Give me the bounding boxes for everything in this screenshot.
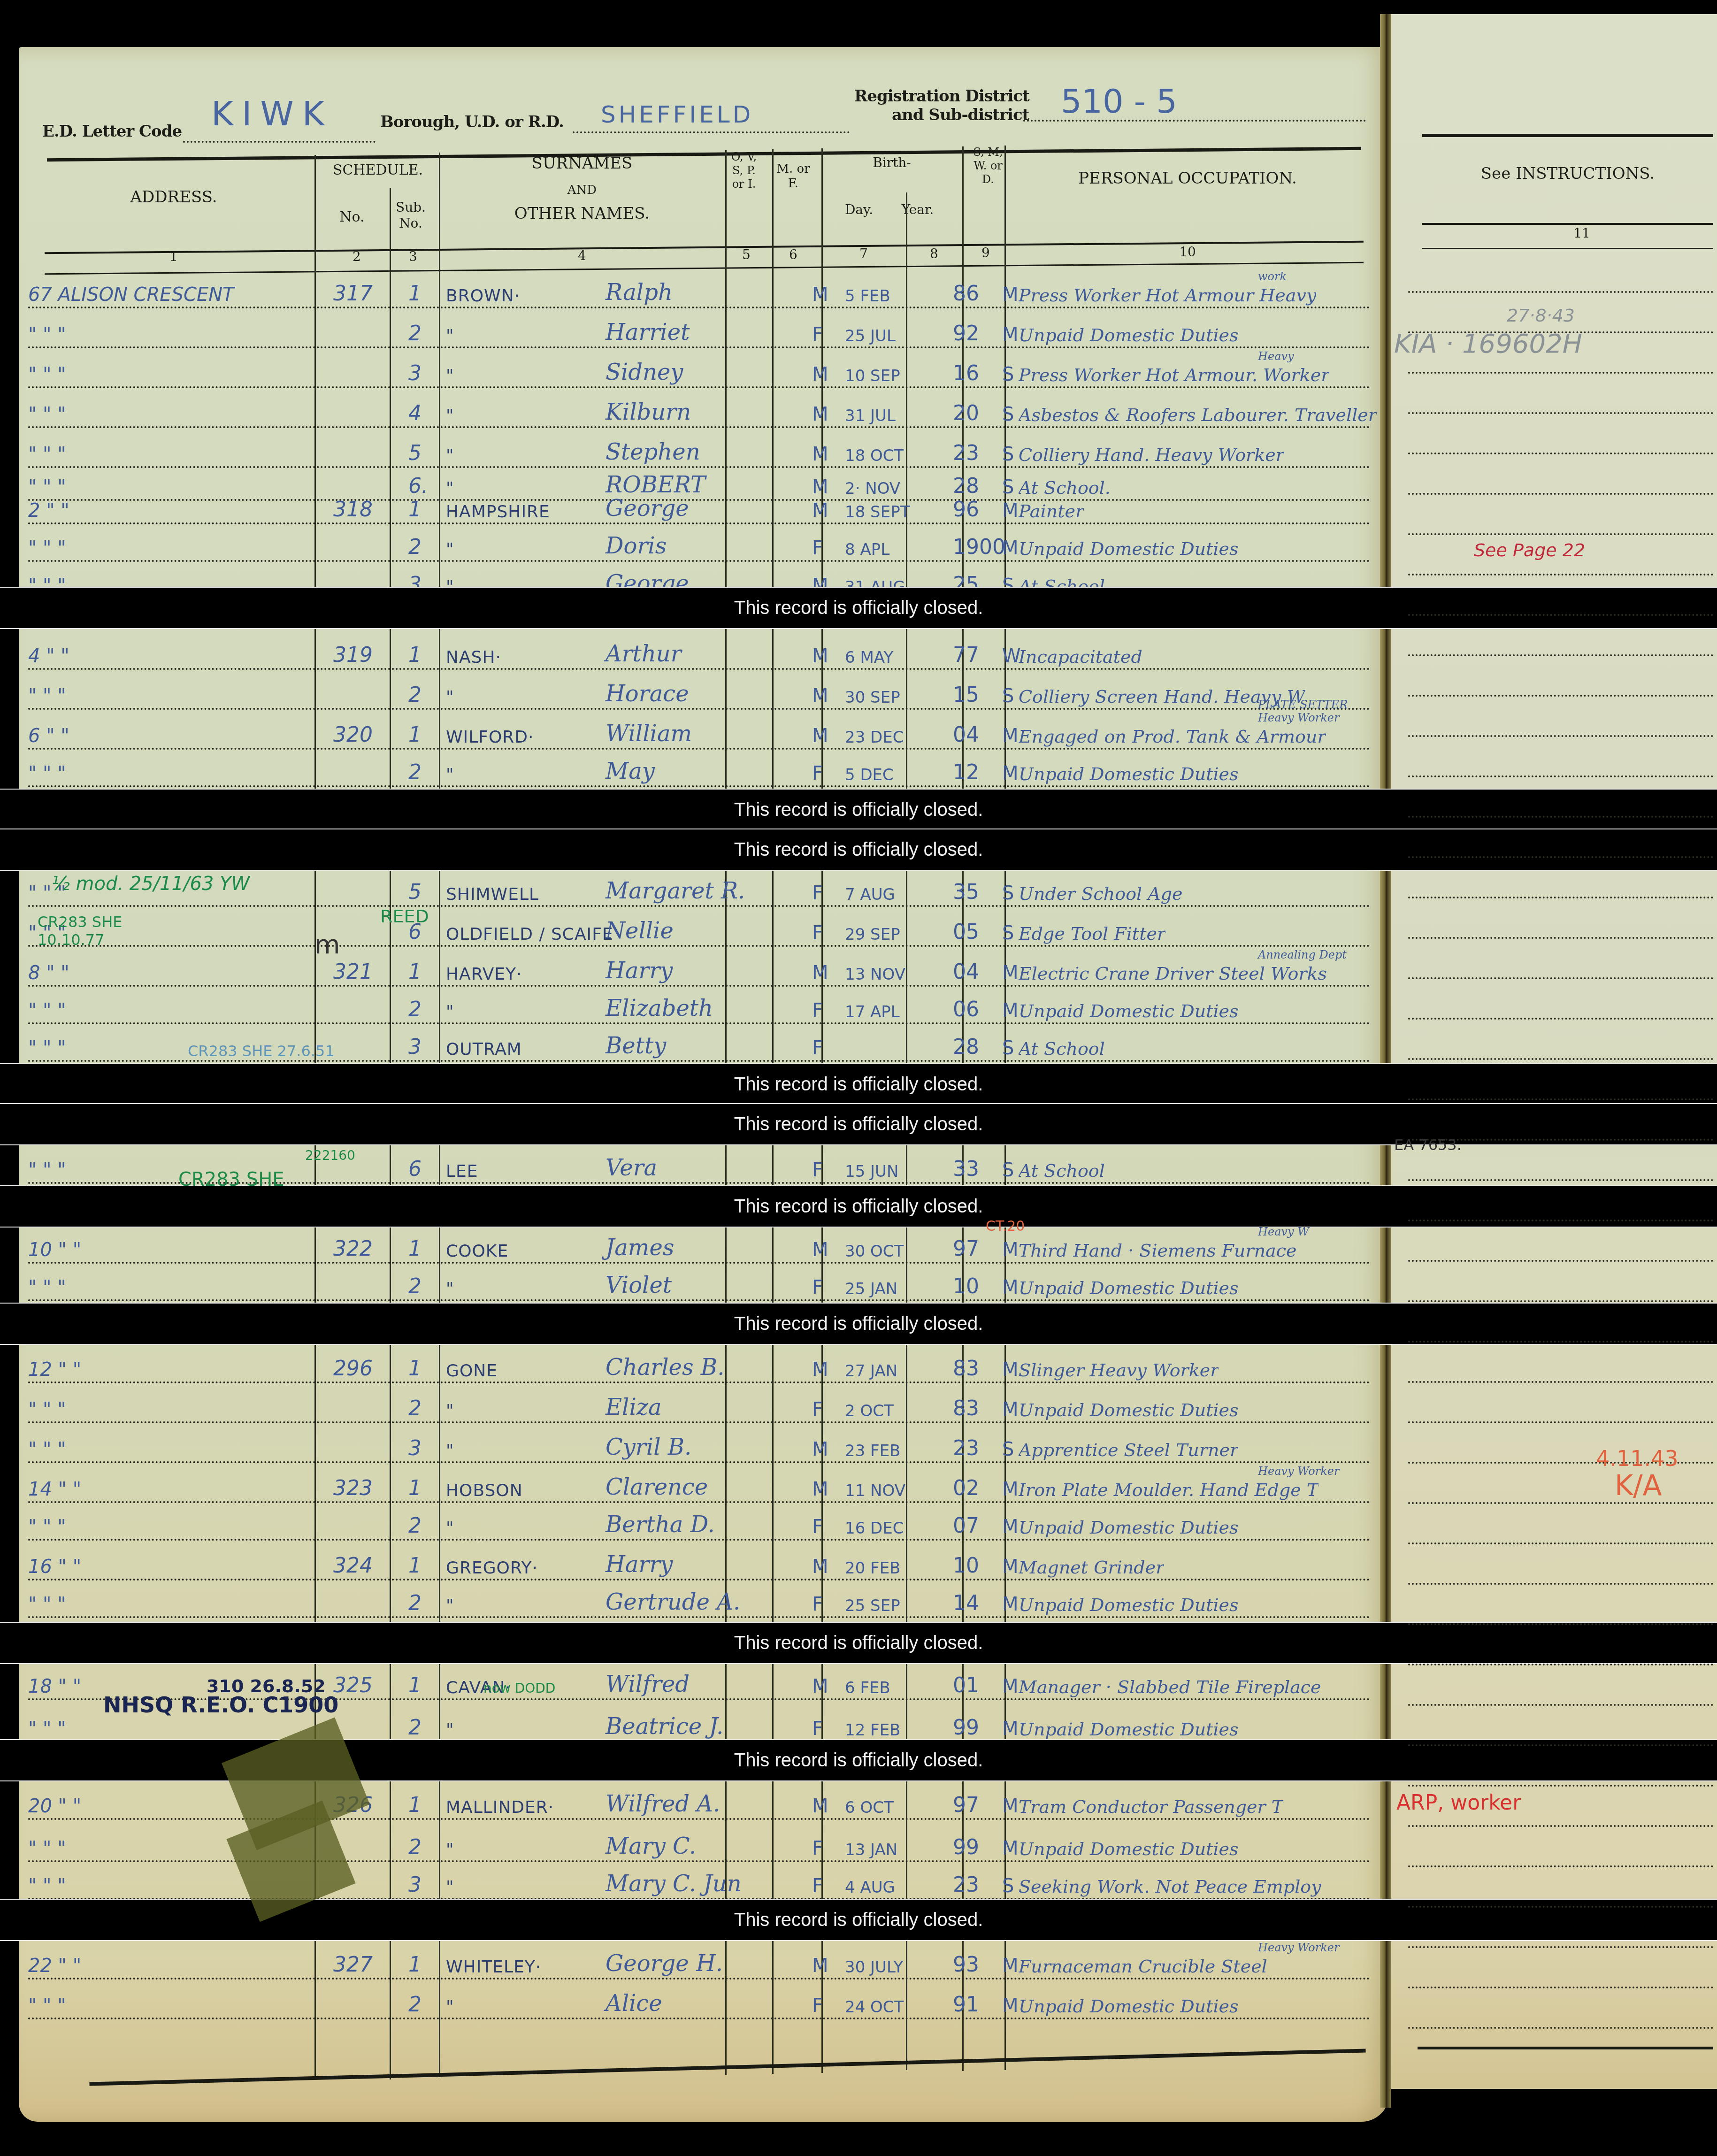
schedule-sub-number: 5 <box>408 880 422 904</box>
surname: " <box>446 1441 454 1460</box>
surname: " <box>446 1720 454 1740</box>
surname: " <box>446 1002 454 1021</box>
col-number-2: 2 <box>343 249 371 264</box>
occupation: Under School Age <box>1019 883 1183 904</box>
marital-status: M <box>1002 962 1019 984</box>
occupation: Third Hand · Siemens Furnace <box>1019 1240 1297 1261</box>
birth-day: 2 OCT <box>845 1402 894 1420</box>
right-page-dotted-rule <box>1408 1260 1713 1262</box>
right-page-dotted-rule <box>1408 1018 1713 1020</box>
sex: F <box>812 922 823 944</box>
surname: " <box>446 688 454 707</box>
sex: M <box>812 404 828 425</box>
schedule-sub-number: 2 <box>408 997 422 1021</box>
right-page-dotted-rule <box>1408 1785 1713 1787</box>
schedule-sub-number: 2 <box>408 1835 422 1859</box>
birth-year: 01 <box>953 1673 979 1697</box>
annotation-see-page: See Page 22 <box>1474 540 1585 560</box>
surname: OUTRAM <box>446 1040 522 1059</box>
marital-status: M <box>1002 1955 1019 1977</box>
closed-record-notice: This record is officially closed. <box>734 839 983 860</box>
register-row: " " "2"MayF5 DEC12MUnpaid Domestic Dutie… <box>28 749 1380 790</box>
address: 8 " " <box>28 962 69 984</box>
occupation: Furnaceman Crucible Steel <box>1019 1956 1267 1977</box>
address: 22 " " <box>28 1955 81 1977</box>
annotation-m: m <box>314 929 340 960</box>
birth-day: 30 JULY <box>845 1958 903 1977</box>
schedule-sub-number: 2 <box>408 1993 422 2017</box>
col-ovspi-heading: O, V, S, P. or I. <box>725 150 763 191</box>
register-row: " " "2"DorisF8 APL1900MUnpaid Domestic D… <box>28 523 1380 565</box>
register-row: " " "2"Bertha D.F16 DEC07MUnpaid Domesti… <box>28 1502 1380 1543</box>
schedule-sub-number: 1 <box>408 1357 422 1381</box>
col-schedule-heading: SCHEDULE. <box>324 162 432 179</box>
register-row: " " "2"HoraceM30 SEP15SColliery Screen H… <box>28 671 1380 713</box>
ed-code-dotline <box>183 141 376 143</box>
marital-status: M <box>1002 1399 1019 1420</box>
given-name: Gertrude A. <box>606 1589 740 1615</box>
given-name: Ralph <box>606 279 673 306</box>
surname: " <box>446 1878 454 1897</box>
birth-year: 12 <box>953 760 979 784</box>
annotation-now-dodd: now DODD <box>483 1680 555 1696</box>
schedule-sub-number: 3 <box>408 361 422 385</box>
marital-status: M <box>1002 1995 1019 2017</box>
row-dotted-rule <box>28 1539 1371 1541</box>
address: " " " <box>28 1838 66 1859</box>
right-page-dotted-rule <box>1408 977 1713 979</box>
occupation: Unpaid Domestic Duties <box>1019 325 1239 345</box>
row-dotted-rule <box>28 1978 1371 1980</box>
given-name: Cyril B. <box>606 1434 691 1460</box>
occupation: Unpaid Domestic Duties <box>1019 1839 1239 1859</box>
sex: F <box>812 1399 823 1420</box>
marital-status: M <box>1002 1556 1019 1578</box>
surname: WHITELEY· <box>446 1957 541 1977</box>
col-number-4: 4 <box>568 248 596 263</box>
birth-year: 83 <box>953 1357 979 1381</box>
address: " " " <box>28 1875 66 1897</box>
occupation-note: Heavy Worker <box>1258 1465 1339 1478</box>
sex: M <box>812 725 828 747</box>
birth-day: 4 AUG <box>845 1878 895 1897</box>
schedule-number: 318 <box>333 498 373 522</box>
address: " " " <box>28 1995 66 2017</box>
right-page-dotted-rule <box>1408 1583 1713 1585</box>
sex: M <box>812 500 828 522</box>
surname: " <box>446 406 454 425</box>
schedule-sub-number: 3 <box>408 1873 422 1897</box>
row-dotted-rule <box>28 2018 1371 2019</box>
schedule-number: 323 <box>333 1476 373 1500</box>
occupation: Incapacitated <box>1019 646 1142 667</box>
right-page-dotted-rule <box>1408 1421 1713 1423</box>
row-dotted-rule <box>28 1421 1371 1423</box>
birth-day: 6 FEB <box>845 1679 890 1697</box>
right-page-dotted-rule <box>1408 654 1713 656</box>
occupation: Engaged on Prod. Tank & Armour <box>1019 726 1326 747</box>
ed-letter-code-label: E.D. Letter Code <box>42 122 182 141</box>
sex: F <box>812 1838 823 1859</box>
col-birth-day-heading: Day. <box>826 202 892 218</box>
row-dotted-rule <box>28 1818 1371 1820</box>
birth-year: 99 <box>953 1716 979 1740</box>
book-gutter <box>1380 14 1391 2108</box>
col-number-11: 11 <box>1563 225 1601 241</box>
given-name: Sidney <box>606 359 683 385</box>
right-page-dotted-rule <box>1408 1341 1713 1343</box>
schedule-sub-number: 2 <box>408 1716 422 1740</box>
register-row: " " "2"ElizaF2 OCT83MUnpaid Domestic Dut… <box>28 1385 1380 1426</box>
schedule-sub-number: 1 <box>408 498 422 522</box>
register-row: " " "3"SidneyM10 SEP16SPress Worker Hot … <box>28 350 1380 391</box>
given-name: William <box>606 721 692 747</box>
marital-status: S <box>1002 1037 1014 1059</box>
marital-status: M <box>1002 500 1019 522</box>
address: 6 " " <box>28 725 69 747</box>
right-page-dotted-rule <box>1408 775 1713 777</box>
col-surnames-heading-3: OTHER NAMES. <box>446 204 718 223</box>
occupation-note: PLATE SETTER Heavy Worker <box>1258 698 1380 724</box>
annotation-mod: ½ mod. 25/11/63 YW <box>52 873 250 895</box>
birth-year: 23 <box>953 1873 979 1897</box>
given-name: Eliza <box>606 1394 662 1420</box>
birth-day: 24 OCT <box>845 1998 904 2017</box>
marital-status: M <box>1002 1239 1019 1261</box>
row-dotted-rule <box>28 785 1371 787</box>
sex: M <box>812 364 828 385</box>
right-page-dotted-rule <box>1408 1542 1713 1544</box>
occupation: Manager · Slabbed Tile Fireplace <box>1019 1677 1321 1697</box>
given-name: Nellie <box>606 918 674 944</box>
given-name: Clarence <box>606 1474 708 1500</box>
annotation-222160: 222160 <box>305 1148 355 1163</box>
birth-day: 18 SEPT <box>845 503 910 522</box>
marital-status: S <box>1002 404 1014 425</box>
sex: M <box>812 1439 828 1460</box>
closed-record-notice: This record is officially closed. <box>734 1114 983 1135</box>
birth-day: 13 NOV <box>845 965 905 984</box>
marital-status: M <box>1002 1838 1019 1859</box>
occupation: Iron Plate Moulder. Hand Edge T <box>1019 1480 1318 1500</box>
birth-year: 23 <box>953 1436 979 1460</box>
col-schedule-no-heading: No. <box>324 209 380 226</box>
given-name: Harry <box>606 1551 673 1578</box>
right-page-dotted-rule <box>1408 897 1713 898</box>
given-name: Betty <box>606 1033 666 1059</box>
col-schedule-sub-heading: Sub. No. <box>390 199 432 231</box>
birth-year: 91 <box>953 1993 979 2017</box>
schedule-number: 296 <box>333 1357 373 1381</box>
marital-status: M <box>1002 1594 1019 1615</box>
marital-status: M <box>1002 1000 1019 1021</box>
marital-status: S <box>1002 1159 1014 1181</box>
occupation: Unpaid Domestic Duties <box>1019 1996 1239 2017</box>
register-row: 10 " "3221COOKEJamesM30 OCT97MThird Hand… <box>28 1225 1380 1266</box>
birth-year: 16 <box>953 361 979 385</box>
birth-year: 35 <box>953 880 979 904</box>
given-name: Stephen <box>606 439 700 465</box>
sex: F <box>812 1995 823 2017</box>
birth-day: 8 APL <box>845 540 889 559</box>
register-row: " " "2"AliceF24 OCT91MUnpaid Domestic Du… <box>28 1981 1380 2022</box>
closed-record-band: This record is officially closed. <box>0 1622 1717 1664</box>
annotation-arp-worker: ARP, worker <box>1396 1791 1521 1815</box>
closed-record-notice: This record is officially closed. <box>734 799 983 821</box>
marital-status: M <box>1002 284 1019 306</box>
annotation-310-dates: 310 26.8.52 <box>207 1676 326 1696</box>
given-name: Doris <box>606 533 667 559</box>
birth-year: 07 <box>953 1514 979 1538</box>
annotation-kia-date: 4.11.43 <box>1596 1446 1679 1471</box>
birth-day: 27 JAN <box>845 1362 897 1381</box>
right-page-dotted-rule <box>1408 1906 1713 1908</box>
marital-status: S <box>1002 364 1014 385</box>
schedule-sub-number: 2 <box>408 535 422 559</box>
schedule-number: 322 <box>333 1237 373 1261</box>
schedule-sub-number: 1 <box>408 960 422 984</box>
occupation: Seeking Work. Not Peace Employ <box>1019 1876 1321 1897</box>
col-address-heading: ADDRESS. <box>113 188 235 207</box>
address: 14 " " <box>28 1479 81 1500</box>
occupation: Unpaid Domestic Duties <box>1019 1001 1239 1021</box>
surname: " <box>446 1401 454 1420</box>
birth-day: 25 JUL <box>845 327 896 345</box>
annotation-kia-service-number: KIA · 169602H <box>1394 329 1582 359</box>
address: 18 " " <box>28 1676 81 1697</box>
address: " " " <box>28 1718 66 1740</box>
birth-day: 17 APL <box>845 1003 900 1021</box>
birth-year: 02 <box>953 1476 979 1500</box>
row-dotted-rule <box>28 1060 1371 1062</box>
right-page-dotted-rule <box>1408 695 1713 697</box>
given-name: Wilfred A. <box>606 1791 720 1817</box>
surname: BROWN· <box>446 286 520 306</box>
col-birth-heading: Birth- <box>826 155 958 171</box>
occupation: Edge Tool Fitter <box>1019 923 1165 944</box>
occupation: At School <box>1019 1038 1105 1059</box>
address: " " " <box>28 364 66 385</box>
schedule-sub-number: 1 <box>408 1476 422 1500</box>
row-dotted-rule <box>28 905 1371 907</box>
col-number-5: 5 <box>732 247 760 262</box>
occupation: Unpaid Domestic Duties <box>1019 1400 1239 1420</box>
sex: M <box>812 1359 828 1381</box>
borough-value: SHEFFIELD <box>601 101 753 128</box>
birth-year: 33 <box>953 1157 979 1181</box>
surname: HOBSON <box>446 1481 523 1500</box>
register-row: " " "2"ElizabethF17 APL06MUnpaid Domesti… <box>28 986 1380 1027</box>
col-number-1: 1 <box>160 249 188 264</box>
closed-record-band: This record is officially closed. <box>0 789 1717 831</box>
surname: WILFORD· <box>446 728 534 747</box>
closed-record-notice: This record is officially closed. <box>734 1313 983 1335</box>
occupation: Asbestos & Roofers Labourer. Traveller <box>1019 405 1377 425</box>
surname: " <box>446 1840 454 1859</box>
occupation: Unpaid Domestic Duties <box>1019 538 1239 559</box>
schedule-sub-number: 2 <box>408 760 422 784</box>
birth-year: 23 <box>953 441 979 465</box>
occupation: Tram Conductor Passenger T <box>1019 1796 1283 1817</box>
register-row: 8 " "3211HARVEY·HarryM13 NOV04MElectric … <box>28 948 1380 990</box>
row-dotted-rule <box>28 307 1371 308</box>
right-page-dotted-rule <box>1408 1825 1713 1827</box>
schedule-sub-number: 2 <box>408 1591 422 1615</box>
address: " " " <box>28 1277 66 1298</box>
surname: MALLINDER· <box>446 1798 554 1817</box>
given-name: Mary C. <box>606 1833 696 1859</box>
given-name: Margaret R. <box>606 878 745 904</box>
sex: F <box>812 1594 823 1615</box>
schedule-sub-number: 1 <box>408 723 422 747</box>
occupation: Apprentice Steel Turner <box>1019 1440 1238 1460</box>
birth-year: 97 <box>953 1237 979 1261</box>
marital-status: M <box>1002 725 1019 747</box>
borough-label: Borough, U.D. or R.D. <box>380 113 564 131</box>
row-dotted-rule <box>28 386 1371 388</box>
birth-day: 16 DEC <box>845 1519 904 1538</box>
address: 16 " " <box>28 1556 81 1578</box>
given-name: Violet <box>606 1272 672 1298</box>
address: " " " <box>28 1594 66 1615</box>
marital-status: S <box>1002 922 1014 944</box>
schedule-sub-number: 2 <box>408 683 422 707</box>
birth-day: 29 SEP <box>845 925 900 944</box>
sex: M <box>812 1479 828 1500</box>
annotation-ea: EA 7653. <box>1394 1136 1462 1154</box>
sex: M <box>812 1955 828 1977</box>
right-page-dotted-rule <box>1408 372 1713 374</box>
birth-day: 6 MAY <box>845 648 893 667</box>
schedule-sub-number: 5 <box>408 441 422 465</box>
register-row: " " "2"Gertrude A.F25 SEP14MUnpaid Domes… <box>28 1580 1380 1621</box>
occupation: Press Worker Hot Armour. Worker <box>1019 365 1329 385</box>
right-page-dotted-rule <box>1408 1946 1713 1948</box>
schedule-sub-number: 6 <box>408 1157 422 1181</box>
annotation-cr283-she-3: CR283 SHE <box>178 1169 284 1190</box>
right-header-mid-rule <box>1422 223 1713 225</box>
annotation-cooke-correction: CT.20 <box>986 1218 1025 1235</box>
closed-record-notice: This record is officially closed. <box>734 1633 983 1654</box>
sex: F <box>812 324 823 345</box>
marital-status: S <box>1002 1439 1014 1460</box>
surname: " <box>446 540 454 559</box>
birth-day: 25 SEP <box>845 1596 900 1615</box>
annotation-cr283-she-2: CR283 SHE 27.6.51 <box>188 1042 335 1060</box>
register-row: " " "3"Cyril B.M23 FEB23SApprentice Stee… <box>28 1425 1380 1466</box>
right-header-top-rule <box>1422 134 1713 137</box>
right-page-dotted-rule <box>1408 1502 1713 1504</box>
surname: " <box>446 366 454 385</box>
register-row: " " "2"VioletF25 JAN10MUnpaid Domestic D… <box>28 1263 1380 1304</box>
birth-day: 20 FEB <box>845 1559 900 1578</box>
right-page-dotted-rule <box>1408 1987 1713 1988</box>
marital-status: M <box>1002 1795 1019 1817</box>
address: 12 " " <box>28 1359 81 1381</box>
given-name: Alice <box>606 1990 662 2017</box>
marital-status: S <box>1002 882 1014 904</box>
row-dotted-rule <box>28 1461 1371 1463</box>
sex: M <box>812 284 828 306</box>
given-name: Harry <box>606 958 673 984</box>
birth-day: 13 JAN <box>845 1841 897 1859</box>
marital-status: M <box>1002 324 1019 345</box>
register-row: 67 ALISON CRESCENT3171BROWN·RalphM5 FEB8… <box>28 270 1380 311</box>
given-name: George H. <box>606 1950 723 1977</box>
marital-status: M <box>1002 1718 1019 1740</box>
given-name: Beatrice J. <box>606 1713 723 1740</box>
col-instructions-heading: See INSTRUCTIONS. <box>1427 164 1709 184</box>
birth-year: 97 <box>953 1793 979 1817</box>
address: " " " <box>28 324 66 345</box>
sex: F <box>812 1037 823 1059</box>
right-page-dotted-rule <box>1408 1381 1713 1383</box>
sex: F <box>812 1159 823 1181</box>
birth-day: 25 JAN <box>845 1280 897 1298</box>
given-name: May <box>606 758 655 784</box>
ed-letter-code-value: KIWK <box>211 94 333 133</box>
occupation: Painter <box>1019 501 1084 522</box>
given-name: Vera <box>606 1155 657 1181</box>
surname: SHIMWELL <box>446 885 539 904</box>
birth-year: 99 <box>953 1835 979 1859</box>
marital-status: S <box>1002 685 1014 707</box>
schedule-number: 317 <box>333 282 373 306</box>
marital-status: M <box>1002 763 1019 784</box>
address: " " " <box>28 763 66 784</box>
occupation-note: Heavy <box>1258 350 1294 363</box>
col-birth-year-heading: Year. <box>892 202 943 218</box>
col-surnames-heading-1: SURNAMES <box>446 154 718 173</box>
birth-day: 11 NOV <box>845 1481 905 1500</box>
schedule-sub-number: 1 <box>408 1554 422 1578</box>
reg-district-dotline <box>1023 120 1366 122</box>
closed-record-band: This record is officially closed. <box>0 829 1717 871</box>
surname: " <box>446 326 454 345</box>
address: 20 " " <box>28 1795 81 1817</box>
right-page-dotted-rule <box>1408 533 1713 535</box>
annotation-kia-service-date: 27·8·43 <box>1507 305 1575 326</box>
register-row: " " "6OLDFIELD / SCAIFENellieF29 SEP05SE… <box>28 908 1380 950</box>
surname: GONE <box>446 1361 498 1381</box>
address: " " " <box>28 1516 66 1538</box>
occupation: Unpaid Domestic Duties <box>1019 1278 1239 1298</box>
birth-day: 5 DEC <box>845 766 894 784</box>
address: " " " <box>28 1000 66 1021</box>
address: " " " <box>28 1159 66 1181</box>
col-number-9: 9 <box>972 245 1000 261</box>
address: " " " <box>28 537 66 559</box>
register-row: 16 " "3241GREGORY·HarryM20 FEB10MMagnet … <box>28 1542 1380 1583</box>
birth-year: 86 <box>953 282 979 306</box>
borough-dotline <box>573 131 850 133</box>
right-page-dotted-rule <box>1408 1300 1713 1302</box>
closed-record-band: This record is officially closed. <box>0 1303 1717 1345</box>
given-name: Bertha D. <box>606 1512 715 1538</box>
given-name: George <box>606 495 689 522</box>
col-surnames-heading-2: AND <box>446 183 718 198</box>
sex: F <box>812 1516 823 1538</box>
col-occupation-heading: PERSONAL OCCUPATION. <box>1014 169 1361 188</box>
sex: M <box>812 1795 828 1817</box>
birth-year: 15 <box>953 683 979 707</box>
schedule-sub-number: 2 <box>408 1274 422 1298</box>
schedule-sub-number: 1 <box>408 1953 422 1977</box>
birth-year: 92 <box>953 322 979 345</box>
address: 10 " " <box>28 1239 81 1261</box>
right-page-dotted-rule <box>1408 1623 1713 1625</box>
marital-status: M <box>1002 1479 1019 1500</box>
